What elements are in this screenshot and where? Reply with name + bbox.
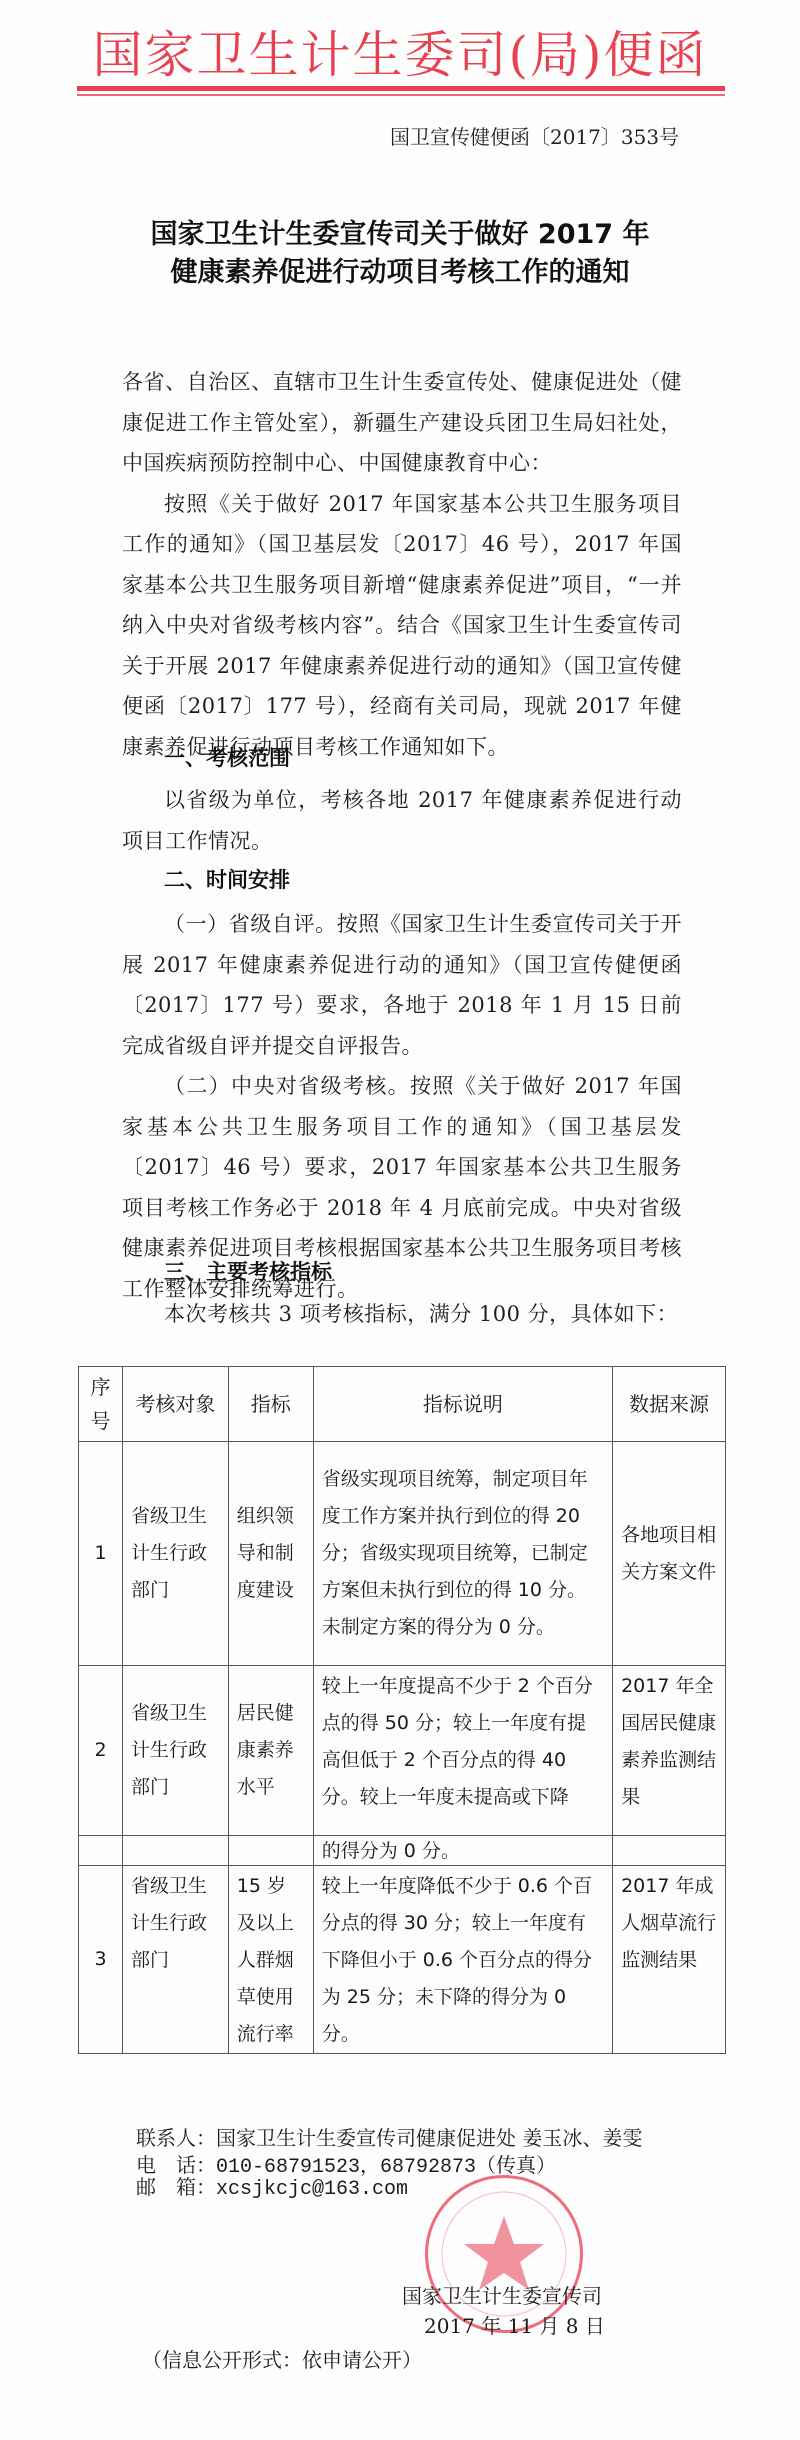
indicators-summary: 本次考核共 3 项考核指标，满分 100 分，具体如下： <box>122 1294 682 1335</box>
cell-no: 2 <box>79 1666 123 1836</box>
cell-target: 省级卫生计生行政部门 <box>122 1442 228 1666</box>
table-header-row: 序号 考核对象 指标 指标说明 数据来源 <box>79 1367 726 1442</box>
cell-indicator: 居民健康素养水平 <box>228 1666 313 1836</box>
cell-description: 较上一年度提高不少于 2 个百分点的得 50 分；较上一年度有提高但低于 2 个… <box>313 1666 612 1836</box>
cell-empty <box>228 1836 313 1866</box>
metrics-table: 序号 考核对象 指标 指标说明 数据来源 1 省级卫生计生行政部门 组织领导和制… <box>78 1366 726 2054</box>
cell-no: 1 <box>79 1442 123 1666</box>
table-row: 1 省级卫生计生行政部门 组织领导和制度建设 省级实现项目统筹，制定项目年度工作… <box>79 1442 726 1666</box>
addressees: 各省、自治区、直辖市卫生计生委宣传处、健康促进处（健康促进工作主管处室），新疆生… <box>122 362 682 484</box>
contact-email-label: 邮 箱： <box>136 2175 216 2199</box>
title-line-2: 健康素养促进行动项目考核工作的通知 <box>0 254 800 292</box>
header-no: 序号 <box>79 1367 123 1442</box>
disclosure-note: （信息公开形式：依申请公开） <box>142 2346 422 2374</box>
cell-target: 省级卫生计生行政部门 <box>122 1666 228 1836</box>
section-schedule-body: （一）省级自评。按照《国家卫生计生委宣传司关于开展 2017 年健康素养促进行动… <box>122 904 682 1309</box>
cell-source: 2017 年全国居民健康素养监测结果 <box>613 1666 726 1836</box>
table-row: 3 省级卫生计生行政部门 15 岁及以上人群烟草使用流行率 较上一年度降低不少于… <box>79 1866 726 2054</box>
signature-org: 国家卫生计生委宣传司 <box>402 2282 602 2310</box>
document-number: 国卫宣传健便函〔2017〕353号 <box>390 122 679 152</box>
cell-description-cont: 的得分为 0 分。 <box>313 1836 612 1866</box>
section-indicators-body: 本次考核共 3 项考核指标，满分 100 分，具体如下： <box>122 1294 682 1335</box>
cell-description: 省级实现项目统筹，制定项目年度工作方案并执行到位的得 20 分；省级实现项目统筹… <box>313 1442 612 1666</box>
intro-paragraph: 按照《关于做好 2017 年国家基本公共卫生服务项目工作的通知》（国卫基层发〔2… <box>122 484 682 768</box>
cell-description: 较上一年度降低不少于 0.6 个百分点的得 30 分；较上一年度有下降但小于 0… <box>313 1866 612 2054</box>
header-target: 考核对象 <box>122 1367 228 1442</box>
header-description: 指标说明 <box>313 1367 612 1442</box>
contact-person: 联系人：国家卫生计生委宣传司健康促进处 姜玉冰、姜雯 <box>136 2123 642 2153</box>
cell-empty <box>79 1836 123 1866</box>
letterhead-title: 国家卫生计生委司(局)便函 <box>0 24 800 86</box>
letterhead-rule-thick <box>77 86 725 91</box>
section-heading-indicators: 三、主要考核指标 <box>164 1252 332 1292</box>
header-source: 数据来源 <box>613 1367 726 1442</box>
cell-target: 省级卫生计生行政部门 <box>122 1866 228 2054</box>
contact-email[interactable]: xcsjkcjc@163.com <box>216 2178 408 2201</box>
cell-source: 各地项目相关方案文件 <box>613 1442 726 1666</box>
section-scope-body: 以省级为单位，考核各地 2017 年健康素养促进行动项目工作情况。 <box>122 780 682 861</box>
letterhead-rule-thin <box>77 94 725 96</box>
table-row-continued: 的得分为 0 分。 <box>79 1836 726 1866</box>
cell-indicator: 15 岁及以上人群烟草使用流行率 <box>228 1866 313 2054</box>
contact-email-row: 邮 箱：xcsjkcjc@163.com <box>136 2172 408 2205</box>
title-line-1: 国家卫生计生委宣传司关于做好 2017 年 <box>0 216 800 254</box>
schedule-self-eval: （一）省级自评。按照《国家卫生计生委宣传司关于开展 2017 年健康素养促进行动… <box>122 904 682 1066</box>
table-row: 2 省级卫生计生行政部门 居民健康素养水平 较上一年度提高不少于 2 个百分点的… <box>79 1666 726 1836</box>
section-heading-schedule: 二、时间安排 <box>164 860 290 900</box>
cell-empty <box>122 1836 228 1866</box>
signature-date: 2017 年 11 月 8 日 <box>424 2312 605 2340</box>
cell-no: 3 <box>79 1866 123 2054</box>
addressees-block: 各省、自治区、直辖市卫生计生委宣传处、健康促进处（健康促进工作主管处室），新疆生… <box>122 362 682 767</box>
cell-indicator: 组织领导和制度建设 <box>228 1442 313 1666</box>
scope-paragraph: 以省级为单位，考核各地 2017 年健康素养促进行动项目工作情况。 <box>122 780 682 861</box>
cell-empty <box>613 1836 726 1866</box>
header-indicator: 指标 <box>228 1367 313 1442</box>
cell-source: 2017 年成人烟草流行监测结果 <box>613 1866 726 2054</box>
document-title: 国家卫生计生委宣传司关于做好 2017 年 健康素养促进行动项目考核工作的通知 <box>0 216 800 292</box>
section-heading-scope: 一、考核范围 <box>164 738 290 778</box>
